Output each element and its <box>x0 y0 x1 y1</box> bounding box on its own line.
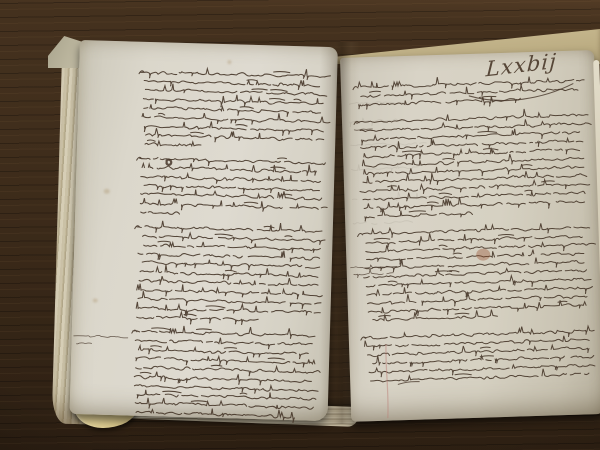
paragraph-p3 <box>132 219 325 328</box>
foxing-spot <box>93 298 98 302</box>
manuscript-photograph: Lxxbij <box>0 0 600 450</box>
paragraph-p4 <box>129 324 321 423</box>
foxing-spot <box>104 189 110 194</box>
paragraph-p1 <box>353 73 585 111</box>
paragraph-p2 <box>135 154 328 219</box>
end-dash-flourish <box>398 381 419 384</box>
left-page-handwriting <box>70 40 338 421</box>
left-marginal-note <box>74 335 128 346</box>
right-page-handwriting <box>340 50 600 422</box>
paragraph-p1 <box>137 65 331 151</box>
ink-blot <box>167 159 172 164</box>
brown-stain <box>476 248 490 260</box>
paragraph-p4 <box>361 324 596 383</box>
right-page: Lxxbij <box>340 50 600 422</box>
paragraph-p3 <box>357 221 597 322</box>
left-page <box>70 40 338 421</box>
paragraph-p2 <box>354 107 594 221</box>
